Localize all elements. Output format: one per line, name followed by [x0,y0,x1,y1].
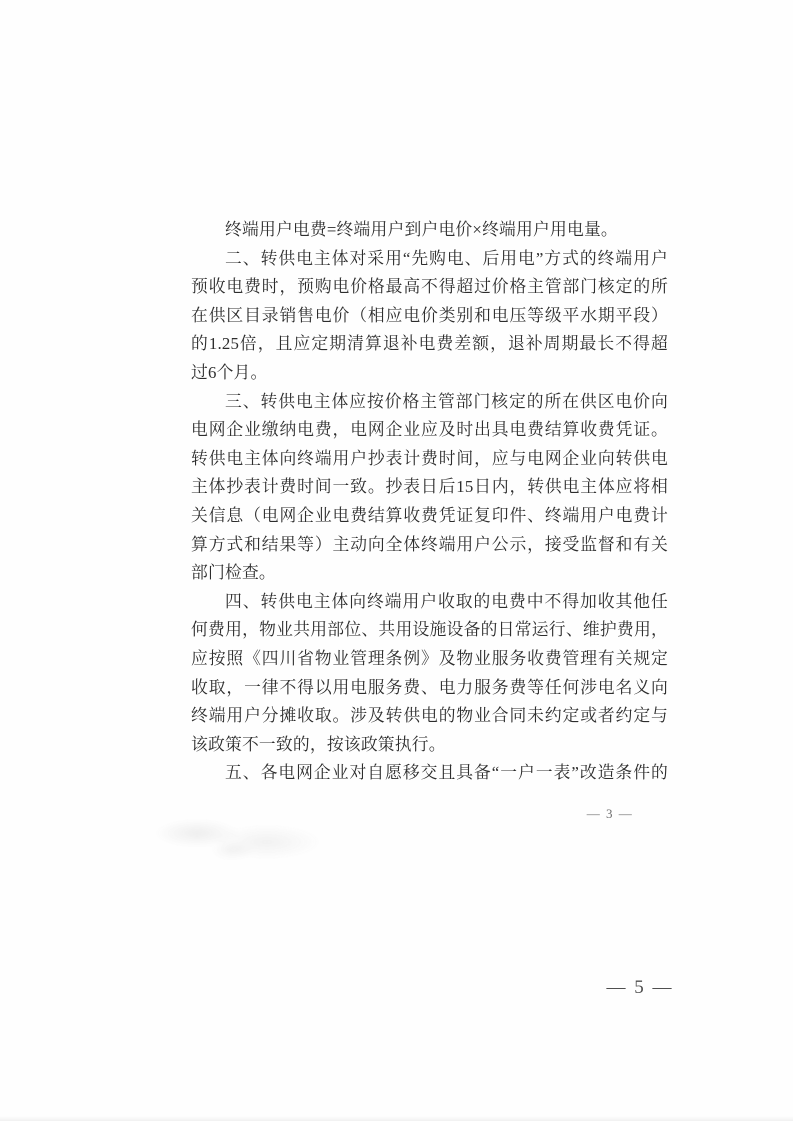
scan-smudge-artifact [148,810,323,868]
text-line: 部门检查。 [191,559,668,588]
text-line: 四、转供电主体向终端用户收取的电费中不得加收其他任 [191,588,668,617]
text-line: 三、转供电主体应按价格主管部门核定的所在供区电价向 [191,388,668,417]
text-line: 二、转供电主体对采用“先购电、后用电”方式的终端用户 [191,245,668,274]
text-line: 五、各电网企业对自愿移交且具备“一户一表”改造条件的 [191,759,668,788]
text-line: 该政策不一致的，按该政策执行。 [191,731,668,760]
text-line: 的1.25倍，且应定期清算退补电费差额，退补周期最长不得超 [191,330,668,359]
text-line: 终端用户电费=终端用户到户电价×终端用户用电量。 [191,216,668,245]
text-line: 收取，一律不得以用电服务费、电力服务费等任何涉电名义向 [191,674,668,703]
text-line: 关信息（电网企业电费结算收费凭证复印件、终端用户电费计 [191,502,668,531]
text-line: 何费用，物业共用部位、共用设施设备的日常运行、维护费用， [191,616,668,645]
text-line: 在供区目录销售电价（相应电价类别和电压等级平水期平段） [191,302,668,331]
text-line: 主体抄表计费时间一致。抄表日后15日内，转供电主体应将相 [191,473,668,502]
text-line: 预收电费时，预购电价格最高不得超过价格主管部门核定的所 [191,273,668,302]
document-text-block: 终端用户电费=终端用户到户电价×终端用户用电量。 二、转供电主体对采用“先购电、… [191,216,668,788]
text-line: 算方式和结果等）主动向全体终端用户公示，接受监督和有关 [191,531,668,560]
text-line: 终端用户分摊收取。涉及转供电的物业合同未约定或者约定与 [191,702,668,731]
scan-edge-shadow [0,1116,793,1121]
scanned-document-page: 终端用户电费=终端用户到户电价×终端用户用电量。 二、转供电主体对采用“先购电、… [0,0,793,1121]
text-line: 电网企业缴纳电费，电网企业应及时出具电费结算收费凭证。 [191,416,668,445]
outer-page-number: — 5 — [596,977,684,999]
inner-page-number: — 3 — [566,806,654,822]
text-line: 过6个月。 [191,359,668,388]
text-line: 转供电主体向终端用户抄表计费时间，应与电网企业向转供电 [191,445,668,474]
text-line: 应按照《四川省物业管理条例》及物业服务收费管理有关规定 [191,645,668,674]
